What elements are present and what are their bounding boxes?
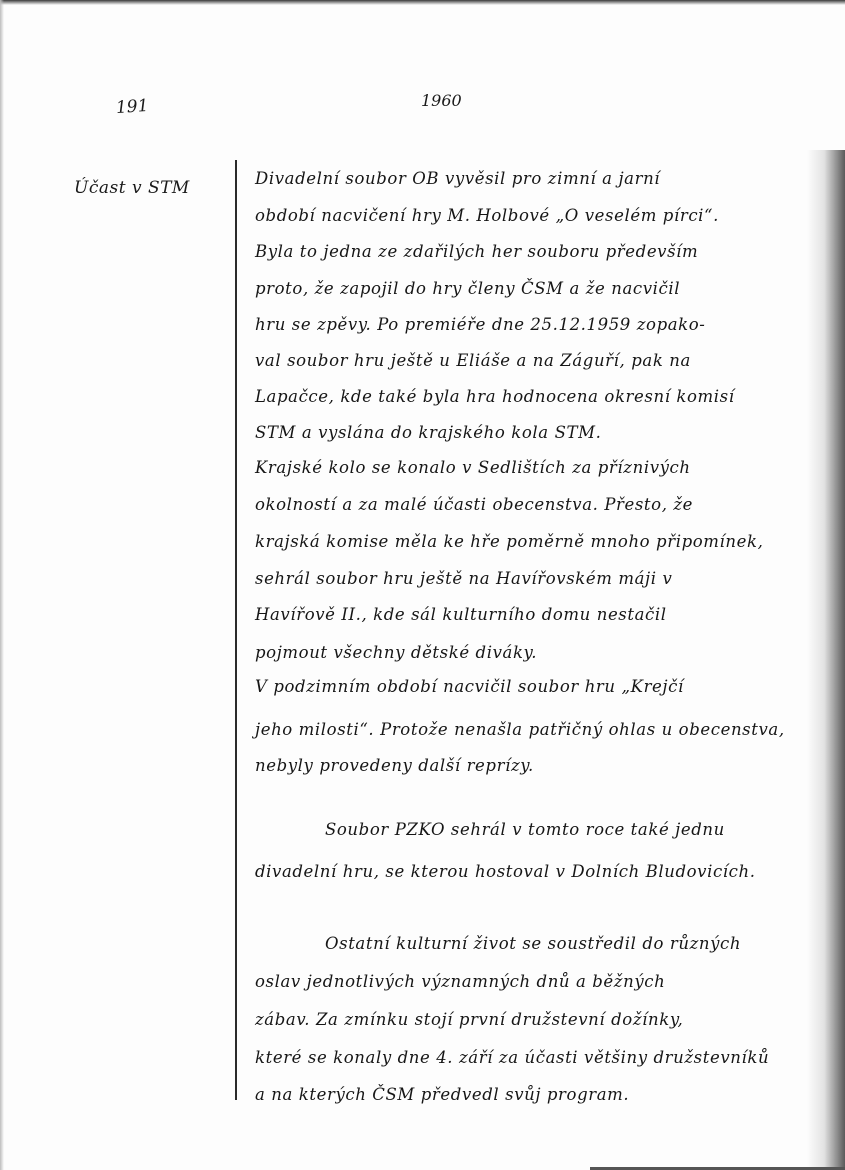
scan-edge-left: [0, 0, 4, 1170]
text-line: nebyly provedeny další reprízy.: [255, 756, 534, 775]
text-line: zábav. Za zmínku stojí první družstevní …: [255, 1010, 683, 1029]
text-line: oslav jednotlivých významných dnů a běžn…: [255, 972, 665, 991]
text-line: jeho milosti“. Protože nenašla patřičný …: [255, 720, 785, 739]
text-line: období nacvičení hry M. Holbové „O vesel…: [255, 206, 719, 225]
text-line: Soubor PZKO sehrál v tomto roce také jed…: [325, 820, 725, 839]
text-line: okolností a za malé účasti obecenstva. P…: [255, 495, 693, 514]
scanned-page: 191 1960 Účast v STM Divadelní soubor OB…: [0, 0, 845, 1170]
text-line: krajská komise měla ke hře poměrně mnoho…: [255, 532, 763, 551]
margin-rule: [235, 160, 237, 1100]
text-line: Divadelní soubor OB vyvěsil pro zimní a …: [255, 169, 660, 188]
text-line: Krajské kolo se konalo v Sedlištích za p…: [255, 458, 691, 477]
text-line: divadelní hru, se kterou hostoval v Doln…: [255, 862, 756, 881]
text-line: STM a vyslána do krajského kola STM.: [255, 423, 601, 442]
page-number: 191: [115, 96, 149, 118]
text-line: hru se zpěvy. Po premiéře dne 25.12.1959…: [255, 315, 705, 334]
text-line: Lapačce, kde také byla hra hodnocena okr…: [255, 387, 735, 406]
text-line: Ostatní kulturní život se soustředil do …: [325, 934, 741, 953]
margin-note: Účast v STM: [74, 178, 190, 198]
text-line: pojmout všechny dětské diváky.: [255, 643, 537, 662]
text-line: Havířově II., kde sál kulturního domu ne…: [255, 605, 667, 624]
text-line: V podzimním období nacvičil soubor hru „…: [255, 677, 684, 696]
year-heading: 1960: [421, 91, 462, 110]
text-line: sehrál soubor hru ještě na Havířovském m…: [255, 569, 672, 588]
text-line: a na kterých ČSM předvedl svůj program.: [255, 1085, 629, 1104]
scan-edge-right: [807, 150, 845, 1170]
scan-edge-top: [0, 0, 845, 5]
text-line: Byla to jedna ze zdařilých her souboru p…: [255, 242, 698, 261]
text-line: val soubor hru ještě u Eliáše a na Záguř…: [255, 351, 691, 370]
text-line: které se konaly dne 4. září za účasti vě…: [255, 1048, 769, 1067]
text-line: proto, že zapojil do hry členy ČSM a že …: [255, 279, 680, 298]
